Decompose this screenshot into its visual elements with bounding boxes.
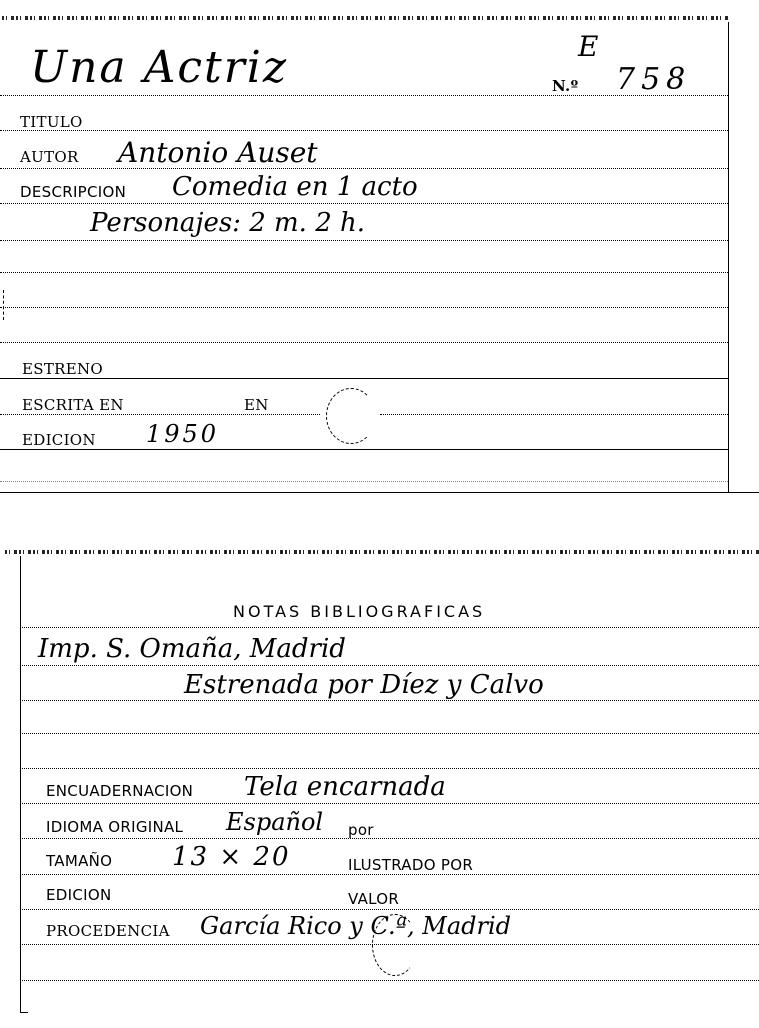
en-label: EN xyxy=(244,396,269,414)
procedencia-value: García Rico y C.ª, Madrid xyxy=(200,912,511,940)
idioma-label: IDIOMA ORIGINAL xyxy=(46,818,183,836)
edicion-value: 1950 xyxy=(146,420,219,448)
card-left-border xyxy=(3,290,4,320)
tamano-value: 13 × 20 xyxy=(172,842,290,872)
number-value: 758 xyxy=(616,62,691,97)
rule xyxy=(0,240,728,241)
rule xyxy=(0,378,728,379)
catalog-prefix: E xyxy=(578,30,598,63)
descripcion-label: DESCRIPCION xyxy=(20,183,126,201)
notas-heading: NOTAS BIBLIOGRAFICAS xyxy=(233,602,485,621)
rule xyxy=(0,414,320,415)
card-right-border xyxy=(728,22,729,492)
hole-punch-mark xyxy=(326,388,376,444)
edicion-label-back: EDICION xyxy=(46,886,111,904)
rule xyxy=(0,449,728,450)
encuadernacion-label: ENCUADERNACION xyxy=(46,782,193,800)
descripcion-extra: Personajes: 2 m. 2 h. xyxy=(90,208,365,238)
rule xyxy=(0,203,728,204)
rule xyxy=(0,307,728,308)
rule xyxy=(20,909,759,910)
encuadernacion-value: Tela encarnada xyxy=(244,772,446,802)
estreno-label: ESTRENO xyxy=(22,360,103,378)
escrita-en-label: ESCRITA EN xyxy=(22,396,124,414)
rule xyxy=(20,700,759,701)
note-line-2: Estrenada por Díez y Calvo xyxy=(184,670,544,700)
ilustrado-label: ILUSTRADO POR xyxy=(348,856,473,874)
rule xyxy=(0,130,728,131)
hole-punch-mark xyxy=(372,914,418,976)
por-label: por xyxy=(348,821,374,839)
scan-noise-top xyxy=(2,16,728,20)
rule xyxy=(20,944,759,945)
scan-noise-top xyxy=(5,550,759,554)
rule xyxy=(20,768,759,769)
rule xyxy=(20,733,759,734)
rule xyxy=(20,803,759,804)
autor-label: AUTOR xyxy=(20,148,79,166)
idioma-value: Español xyxy=(226,808,323,836)
procedencia-label: PROCEDENCIA xyxy=(46,922,170,940)
card-corner xyxy=(20,1012,28,1013)
rule xyxy=(380,414,728,415)
rule xyxy=(20,980,759,981)
rule xyxy=(0,481,728,482)
rule xyxy=(20,627,759,628)
descripcion-value: Comedia en 1 acto xyxy=(172,172,418,202)
number-label: N.º xyxy=(552,77,578,95)
rule xyxy=(20,838,759,839)
titulo-label: TITULO xyxy=(20,113,83,131)
rule xyxy=(20,874,759,875)
card-bottom-edge xyxy=(0,492,759,493)
rule xyxy=(0,342,728,343)
valor-label: VALOR xyxy=(348,890,399,908)
title-value: Una Actriz xyxy=(30,42,288,93)
edicion-label: EDICION xyxy=(22,431,96,449)
rule xyxy=(0,168,728,169)
rule xyxy=(20,665,759,666)
rule xyxy=(0,272,728,273)
note-line-1: Imp. S. Omaña, Madrid xyxy=(38,634,346,664)
tamano-label: TAMAÑO xyxy=(46,852,112,870)
rule xyxy=(0,95,728,96)
autor-value: Antonio Auset xyxy=(118,136,318,169)
